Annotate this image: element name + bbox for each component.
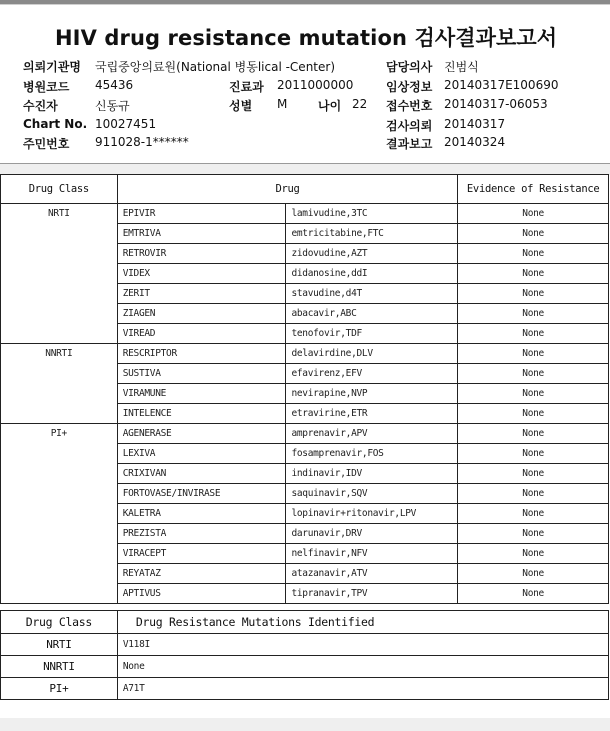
header-mutations: Drug Resistance Mutations Identified: [117, 611, 608, 634]
info-chart-no: Chart No.: [23, 117, 87, 131]
brand-name-cell: PREZISTA: [117, 524, 286, 544]
brand-name-cell: FORTOVASE/INVIRASE: [117, 484, 286, 504]
header-drug-class: Drug Class: [1, 611, 118, 634]
table-row: NNRTIRESCRIPTORdelavirdine,DLVNone: [1, 344, 609, 364]
brand-name-cell: VIREAD: [117, 324, 286, 344]
evidence-cell: None: [458, 264, 609, 284]
info-value: 20140317: [444, 117, 505, 131]
table-row: NRTIV118I: [1, 634, 609, 656]
info-value: 20140324: [444, 135, 505, 149]
info-value: 신동규: [95, 97, 130, 114]
drug-class-cell: PI+: [1, 678, 118, 700]
info-hospital-code: 병원코드: [23, 78, 69, 95]
generic-name-cell: atazanavir,ATV: [286, 564, 458, 584]
top-border-shadow: [0, 4, 610, 5]
mutations-cell: A71T: [117, 678, 608, 700]
brand-name-cell: APTIVUS: [117, 584, 286, 604]
info-department: 진료과: [229, 78, 264, 95]
info-value: 911028-1******: [95, 135, 189, 149]
brand-name-cell: LEXIVA: [117, 444, 286, 464]
info-label: 결과보고: [386, 137, 432, 151]
info-value: 진범식: [444, 58, 479, 75]
generic-name-cell: nelfinavir,NFV: [286, 544, 458, 564]
generic-name-cell: efavirenz,EFV: [286, 364, 458, 384]
info-label: 나이: [318, 99, 341, 113]
info-value: 45436: [95, 78, 133, 92]
info-label: 성별: [229, 99, 252, 113]
resistance-table: Drug Class Drug Evidence of Resistance N…: [0, 174, 609, 604]
evidence-cell: None: [458, 444, 609, 464]
info-value: 20140317-06053: [444, 97, 548, 111]
brand-name-cell: VIDEX: [117, 264, 286, 284]
table-row: PI+AGENERASEamprenavir,APVNone: [1, 424, 609, 444]
info-label: 검사의뢰: [386, 119, 432, 133]
evidence-cell: None: [458, 524, 609, 544]
evidence-cell: None: [458, 204, 609, 224]
generic-name-cell: etravirine,ETR: [286, 404, 458, 424]
generic-name-cell: lamivudine,3TC: [286, 204, 458, 224]
info-receipt-number: 접수번호: [386, 97, 432, 114]
generic-name-cell: indinavir,IDV: [286, 464, 458, 484]
info-value: 10027451: [95, 117, 156, 131]
drug-class-cell: PI+: [1, 424, 118, 604]
info-attending-physician: 담당의사: [386, 58, 432, 75]
info-value: 국립중앙의료원(National 병동lical -Center): [95, 58, 335, 75]
info-label: 담당의사: [386, 60, 432, 74]
generic-name-cell: didanosine,ddI: [286, 264, 458, 284]
table-row: NNRTINone: [1, 656, 609, 678]
brand-name-cell: EPIVIR: [117, 204, 286, 224]
drug-class-cell: NRTI: [1, 204, 118, 344]
info-clinical-info: 임상정보: [386, 78, 432, 95]
brand-name-cell: CRIXIVAN: [117, 464, 286, 484]
generic-name-cell: stavudine,d4T: [286, 284, 458, 304]
evidence-cell: None: [458, 584, 609, 604]
generic-name-cell: lopinavir+ritonavir,LPV: [286, 504, 458, 524]
drug-class-cell: NNRTI: [1, 344, 118, 424]
info-label: 진료과: [229, 80, 264, 94]
info-value: 2011000000: [277, 78, 353, 92]
bottom-divider: [0, 718, 610, 731]
evidence-cell: None: [458, 324, 609, 344]
evidence-cell: None: [458, 224, 609, 244]
info-value: M: [277, 97, 287, 111]
table-row: PI+A71T: [1, 678, 609, 700]
brand-name-cell: RESCRIPTOR: [117, 344, 286, 364]
evidence-cell: None: [458, 564, 609, 584]
info-patient-name: 수진자: [23, 97, 58, 114]
info-value: 22: [352, 97, 367, 111]
info-label: 수진자: [23, 99, 58, 113]
brand-name-cell: VIRAMUNE: [117, 384, 286, 404]
brand-name-cell: VIRACEPT: [117, 544, 286, 564]
info-label: 주민번호: [23, 137, 69, 151]
evidence-cell: None: [458, 404, 609, 424]
info-resident-number: 주민번호: [23, 135, 69, 152]
info-age: 나이: [318, 97, 341, 114]
info-sex: 성별: [229, 97, 252, 114]
evidence-cell: None: [458, 364, 609, 384]
report-title: HIV drug resistance mutation 검사결과보고서: [55, 22, 557, 52]
generic-name-cell: delavirdine,DLV: [286, 344, 458, 364]
evidence-cell: None: [458, 544, 609, 564]
generic-name-cell: fosamprenavir,FOS: [286, 444, 458, 464]
evidence-cell: None: [458, 464, 609, 484]
mutation-table: Drug Class Drug Resistance Mutations Ide…: [0, 610, 609, 700]
evidence-cell: None: [458, 344, 609, 364]
evidence-cell: None: [458, 484, 609, 504]
generic-name-cell: abacavir,ABC: [286, 304, 458, 324]
info-label: Chart No.: [23, 117, 87, 131]
drug-class-cell: NNRTI: [1, 656, 118, 678]
generic-name-cell: zidovudine,AZT: [286, 244, 458, 264]
generic-name-cell: darunavir,DRV: [286, 524, 458, 544]
header-drug-class: Drug Class: [1, 175, 118, 204]
evidence-cell: None: [458, 244, 609, 264]
generic-name-cell: tenofovir,TDF: [286, 324, 458, 344]
brand-name-cell: AGENERASE: [117, 424, 286, 444]
info-value: 20140317E100690: [444, 78, 558, 92]
info-test-request-date: 검사의뢰: [386, 117, 432, 134]
evidence-cell: None: [458, 384, 609, 404]
generic-name-cell: emtricitabine,FTC: [286, 224, 458, 244]
table-row: NRTIEPIVIRlamivudine,3TCNone: [1, 204, 609, 224]
brand-name-cell: ZERIT: [117, 284, 286, 304]
brand-name-cell: RETROVIR: [117, 244, 286, 264]
info-label: 병원코드: [23, 80, 69, 94]
brand-name-cell: INTELENCE: [117, 404, 286, 424]
brand-name-cell: ZIAGEN: [117, 304, 286, 324]
header-evidence: Evidence of Resistance: [458, 175, 609, 204]
generic-name-cell: tipranavir,TPV: [286, 584, 458, 604]
brand-name-cell: KALETRA: [117, 504, 286, 524]
info-requesting-institution: 의뢰기관명: [23, 58, 81, 75]
evidence-cell: None: [458, 504, 609, 524]
brand-name-cell: SUSTIVA: [117, 364, 286, 384]
info-label: 접수번호: [386, 99, 432, 113]
generic-name-cell: saquinavir,SQV: [286, 484, 458, 504]
evidence-cell: None: [458, 284, 609, 304]
evidence-cell: None: [458, 304, 609, 324]
header-drug: Drug: [117, 175, 458, 204]
evidence-cell: None: [458, 424, 609, 444]
table-header-row: Drug Class Drug Evidence of Resistance: [1, 175, 609, 204]
mutations-cell: V118I: [117, 634, 608, 656]
brand-name-cell: REYATAZ: [117, 564, 286, 584]
info-label: 의뢰기관명: [23, 60, 81, 74]
generic-name-cell: amprenavir,APV: [286, 424, 458, 444]
info-report-date: 결과보고: [386, 135, 432, 152]
generic-name-cell: nevirapine,NVP: [286, 384, 458, 404]
brand-name-cell: EMTRIVA: [117, 224, 286, 244]
drug-class-cell: NRTI: [1, 634, 118, 656]
mutations-cell: None: [117, 656, 608, 678]
table-header-row: Drug Class Drug Resistance Mutations Ide…: [1, 611, 609, 634]
info-label: 임상정보: [386, 80, 432, 94]
